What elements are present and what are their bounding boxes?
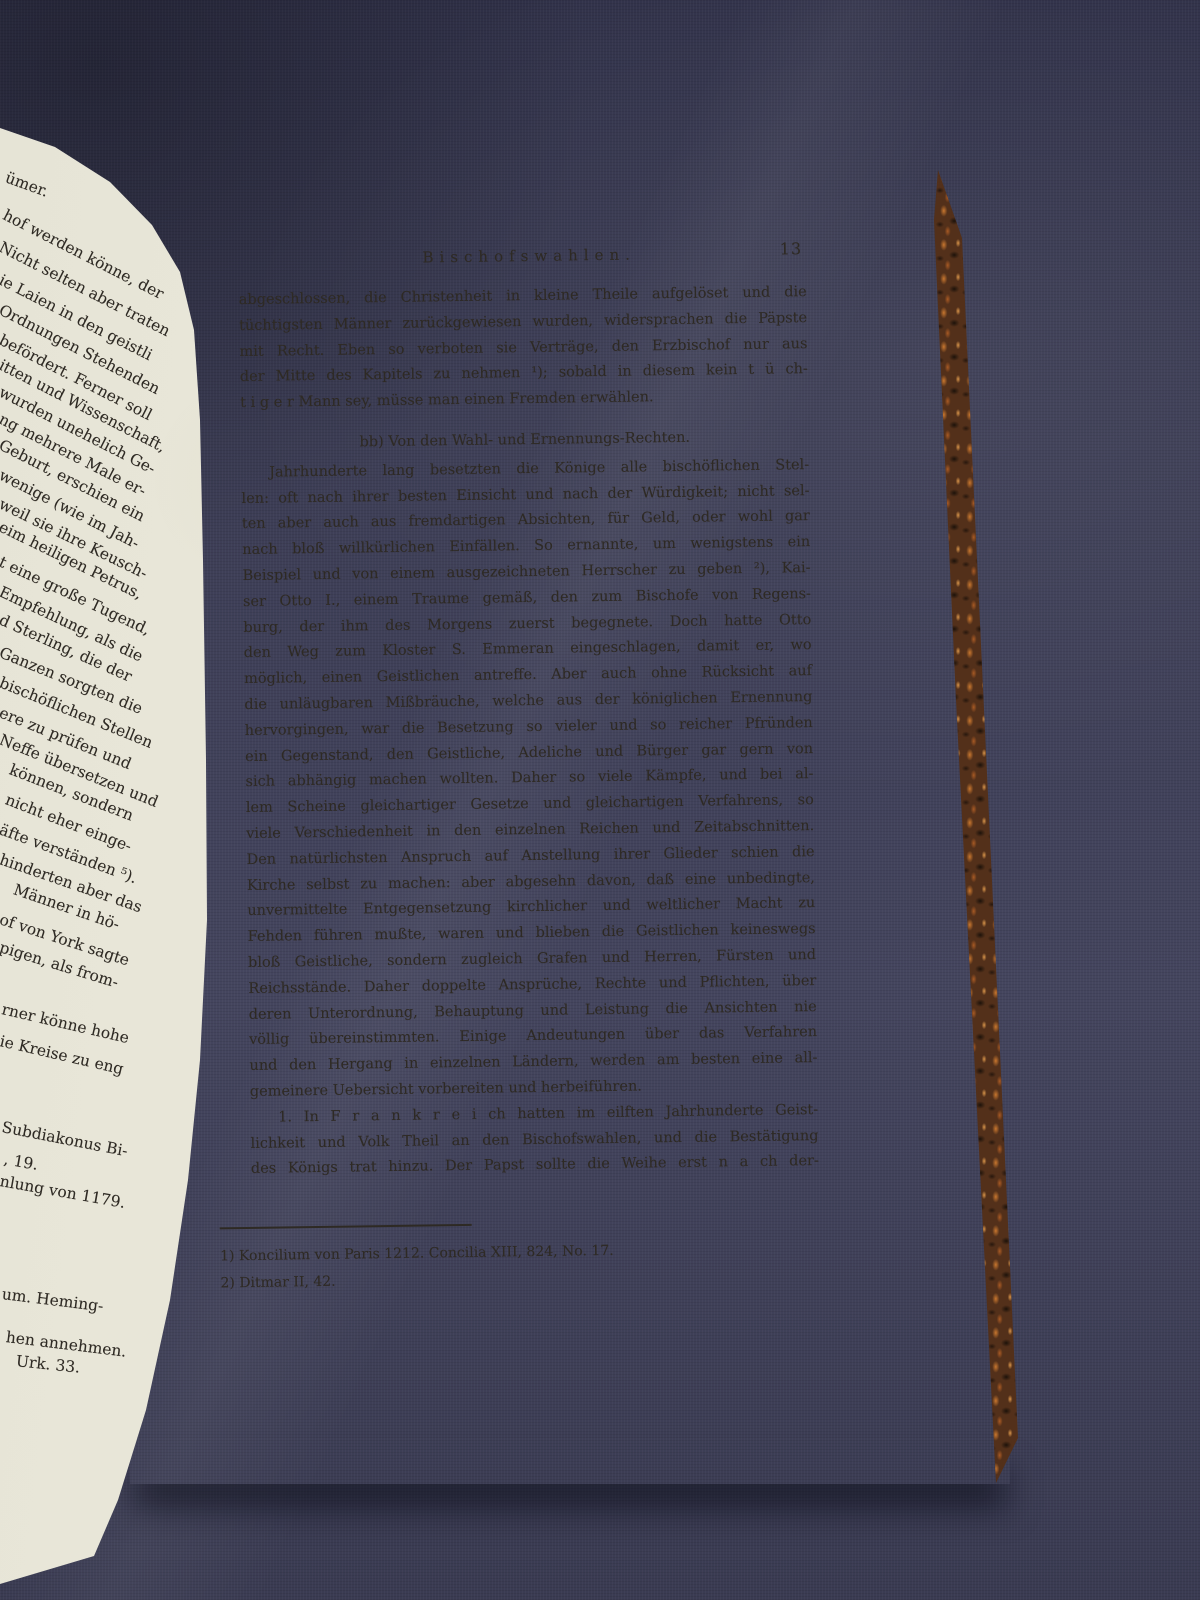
page-text-block: Bischofswahlen. 13 abgeschlossen, die Ch… (238, 240, 821, 1297)
left-page-text-fragment: nlung von 1179. (0, 1172, 127, 1212)
left-page-text-fragment: Urk. 33. (15, 1352, 81, 1377)
page-number: 13 (780, 236, 803, 262)
footnotes-block: 1) Koncilium von Paris 1212. Concilia XI… (220, 1235, 821, 1297)
left-page-text-fragment: , 19. (2, 1150, 39, 1174)
running-header-row: Bischofswahlen. 13 (238, 240, 806, 274)
body-text-lines: abgeschlossen, die Christenheit in klein… (239, 280, 819, 1183)
left-page-text-fragment: um. Heming- (1, 1285, 104, 1315)
running-header-title: Bischofswahlen. (238, 240, 806, 274)
text-line: bb) Von den Wahl- und Ernennungs-Rechten… (241, 424, 809, 458)
left-page-text-fragment: ümer. (3, 169, 51, 201)
footnote-separator-rule (220, 1224, 472, 1230)
